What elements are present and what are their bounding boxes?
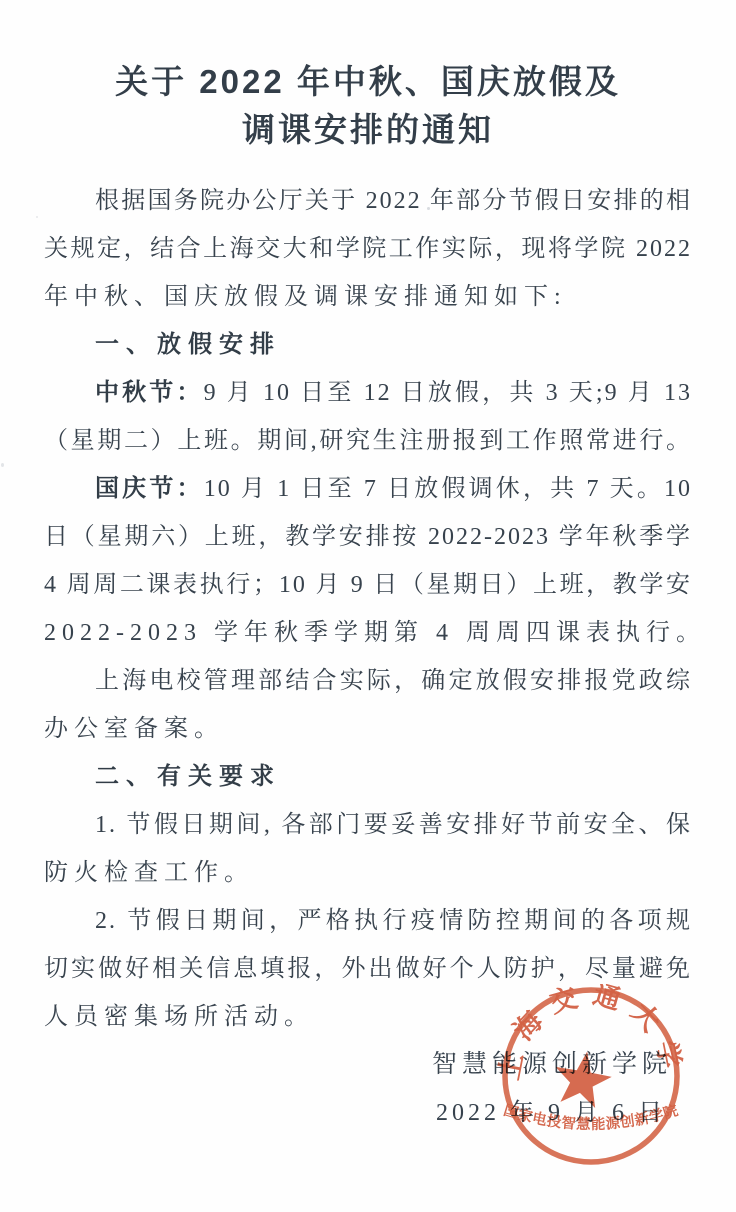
text-run: 4 周周二课表执行；10 月 9 日（星期日）上班，教学安排按 [44, 572, 692, 609]
section-1-heading: 一、放假安排 [44, 321, 692, 369]
title-line-1: 关于 2022 年中秋、国庆放假及 [0, 58, 736, 106]
text-run: （星期二）上班。期间,研究生注册报到工作照常进行。 [44, 428, 692, 454]
signature-org-line: 智慧能源创新学院 [44, 1041, 692, 1089]
signature-date-line: 2022 年 9 月 6 日 [44, 1089, 692, 1137]
text-run: 1. 节假日期间, 各部门要妥善安排好节前安全、保密、 [95, 812, 692, 849]
section-2-heading: 二、有关要求 [44, 753, 692, 801]
text-run: 2022 年 9 月 6 日 [436, 1100, 666, 1126]
national-day-line-3: 4 周周二课表执行；10 月 9 日（星期日）上班，教学安排按 [44, 561, 692, 609]
bold-text-run: 中秋节： [95, 379, 204, 406]
requirement-2-line-2: 切实做好相关信息填报，外出做好个人防护，尽量避免到 [44, 945, 692, 993]
text-run: 关规定，结合上海交大和学院工作实际，现将学院 2022 [44, 236, 692, 262]
requirement-2-line-1: 2. 节假日期间，严格执行疫情防控期间的各项规定， [44, 897, 692, 945]
intro-line-2: 关规定，结合上海交大和学院工作实际，现将学院 2022 [44, 225, 692, 273]
text-run: 日（星期六）上班，教学安排按 2022-2023 学年秋季学期第 [44, 524, 692, 561]
text-run: 办公室备案。 [44, 716, 224, 742]
text-run: 上海电校管理部结合实际，确定放假安排报党政综合 [95, 668, 692, 705]
requirement-2-line-3: 人员密集场所活动。 [44, 993, 692, 1041]
national-day-line-2: 日（星期六）上班，教学安排按 2022-2023 学年秋季学期第 [44, 513, 692, 561]
text-run: 人员密集场所活动。 [44, 1004, 314, 1030]
mid-autumn-line-2: （星期二）上班。期间,研究生注册报到工作照常进行。 [44, 417, 692, 465]
filing-line-2: 办公室备案。 [44, 705, 692, 753]
scan-speck [427, 207, 430, 210]
text-run: 2022-2023 学年秋季学期第 4 周周四课表执行。 [44, 620, 692, 646]
intro-line-3: 年中秋、国庆放假及调课安排通知如下: [44, 273, 692, 321]
scan-speck [1, 463, 4, 467]
text-run: 防火检查工作。 [44, 860, 254, 886]
national-day-line-4: 2022-2023 学年秋季学期第 4 周周四课表执行。 [44, 609, 692, 657]
text-run: 切实做好相关信息填报，外出做好个人防护，尽量避免到 [44, 956, 692, 993]
scan-speck [36, 216, 38, 218]
mid-autumn-line-1: 中秋节：9 月 10 日至 12 日放假，共 3 天;9 月 13 日 [44, 369, 692, 417]
text-run: 智慧能源创新学院 [432, 1051, 672, 1078]
document-body: 根据国务院办公厅关于 2022 年部分节假日安排的相关规定，结合上海交大和学院工… [0, 177, 736, 1137]
text-run: 年中秋、国庆放假及调课安排通知如下: [44, 284, 567, 310]
bold-text-run: 一、放假安排 [95, 331, 281, 358]
title-line-2: 调课安排的通知 [0, 106, 736, 154]
bold-text-run: 二、有关要求 [95, 763, 281, 790]
intro-line-1: 根据国务院办公厅关于 2022 年部分节假日安排的相 [44, 177, 692, 225]
document-title: 关于 2022 年中秋、国庆放假及 调课安排的通知 [0, 0, 736, 154]
document-page: 关于 2022 年中秋、国庆放假及 调课安排的通知 根据国务院办公厅关于 202… [0, 0, 736, 1212]
text-run: 根据国务院办公厅关于 2022 年部分节假日安排的相 [95, 188, 692, 214]
bold-text-run: 国庆节： [95, 475, 204, 502]
text-run: 2. 节假日期间，严格执行疫情防控期间的各项规定， [95, 908, 692, 945]
requirement-1-line-1: 1. 节假日期间, 各部门要妥善安排好节前安全、保密、 [44, 801, 692, 849]
national-day-line-1: 国庆节：10 月 1 日至 7 日放假调休，共 7 天。10 月 8 [44, 465, 692, 513]
filing-line-1: 上海电校管理部结合实际，确定放假安排报党政综合 [44, 657, 692, 705]
requirement-1-line-2: 防火检查工作。 [44, 849, 692, 897]
